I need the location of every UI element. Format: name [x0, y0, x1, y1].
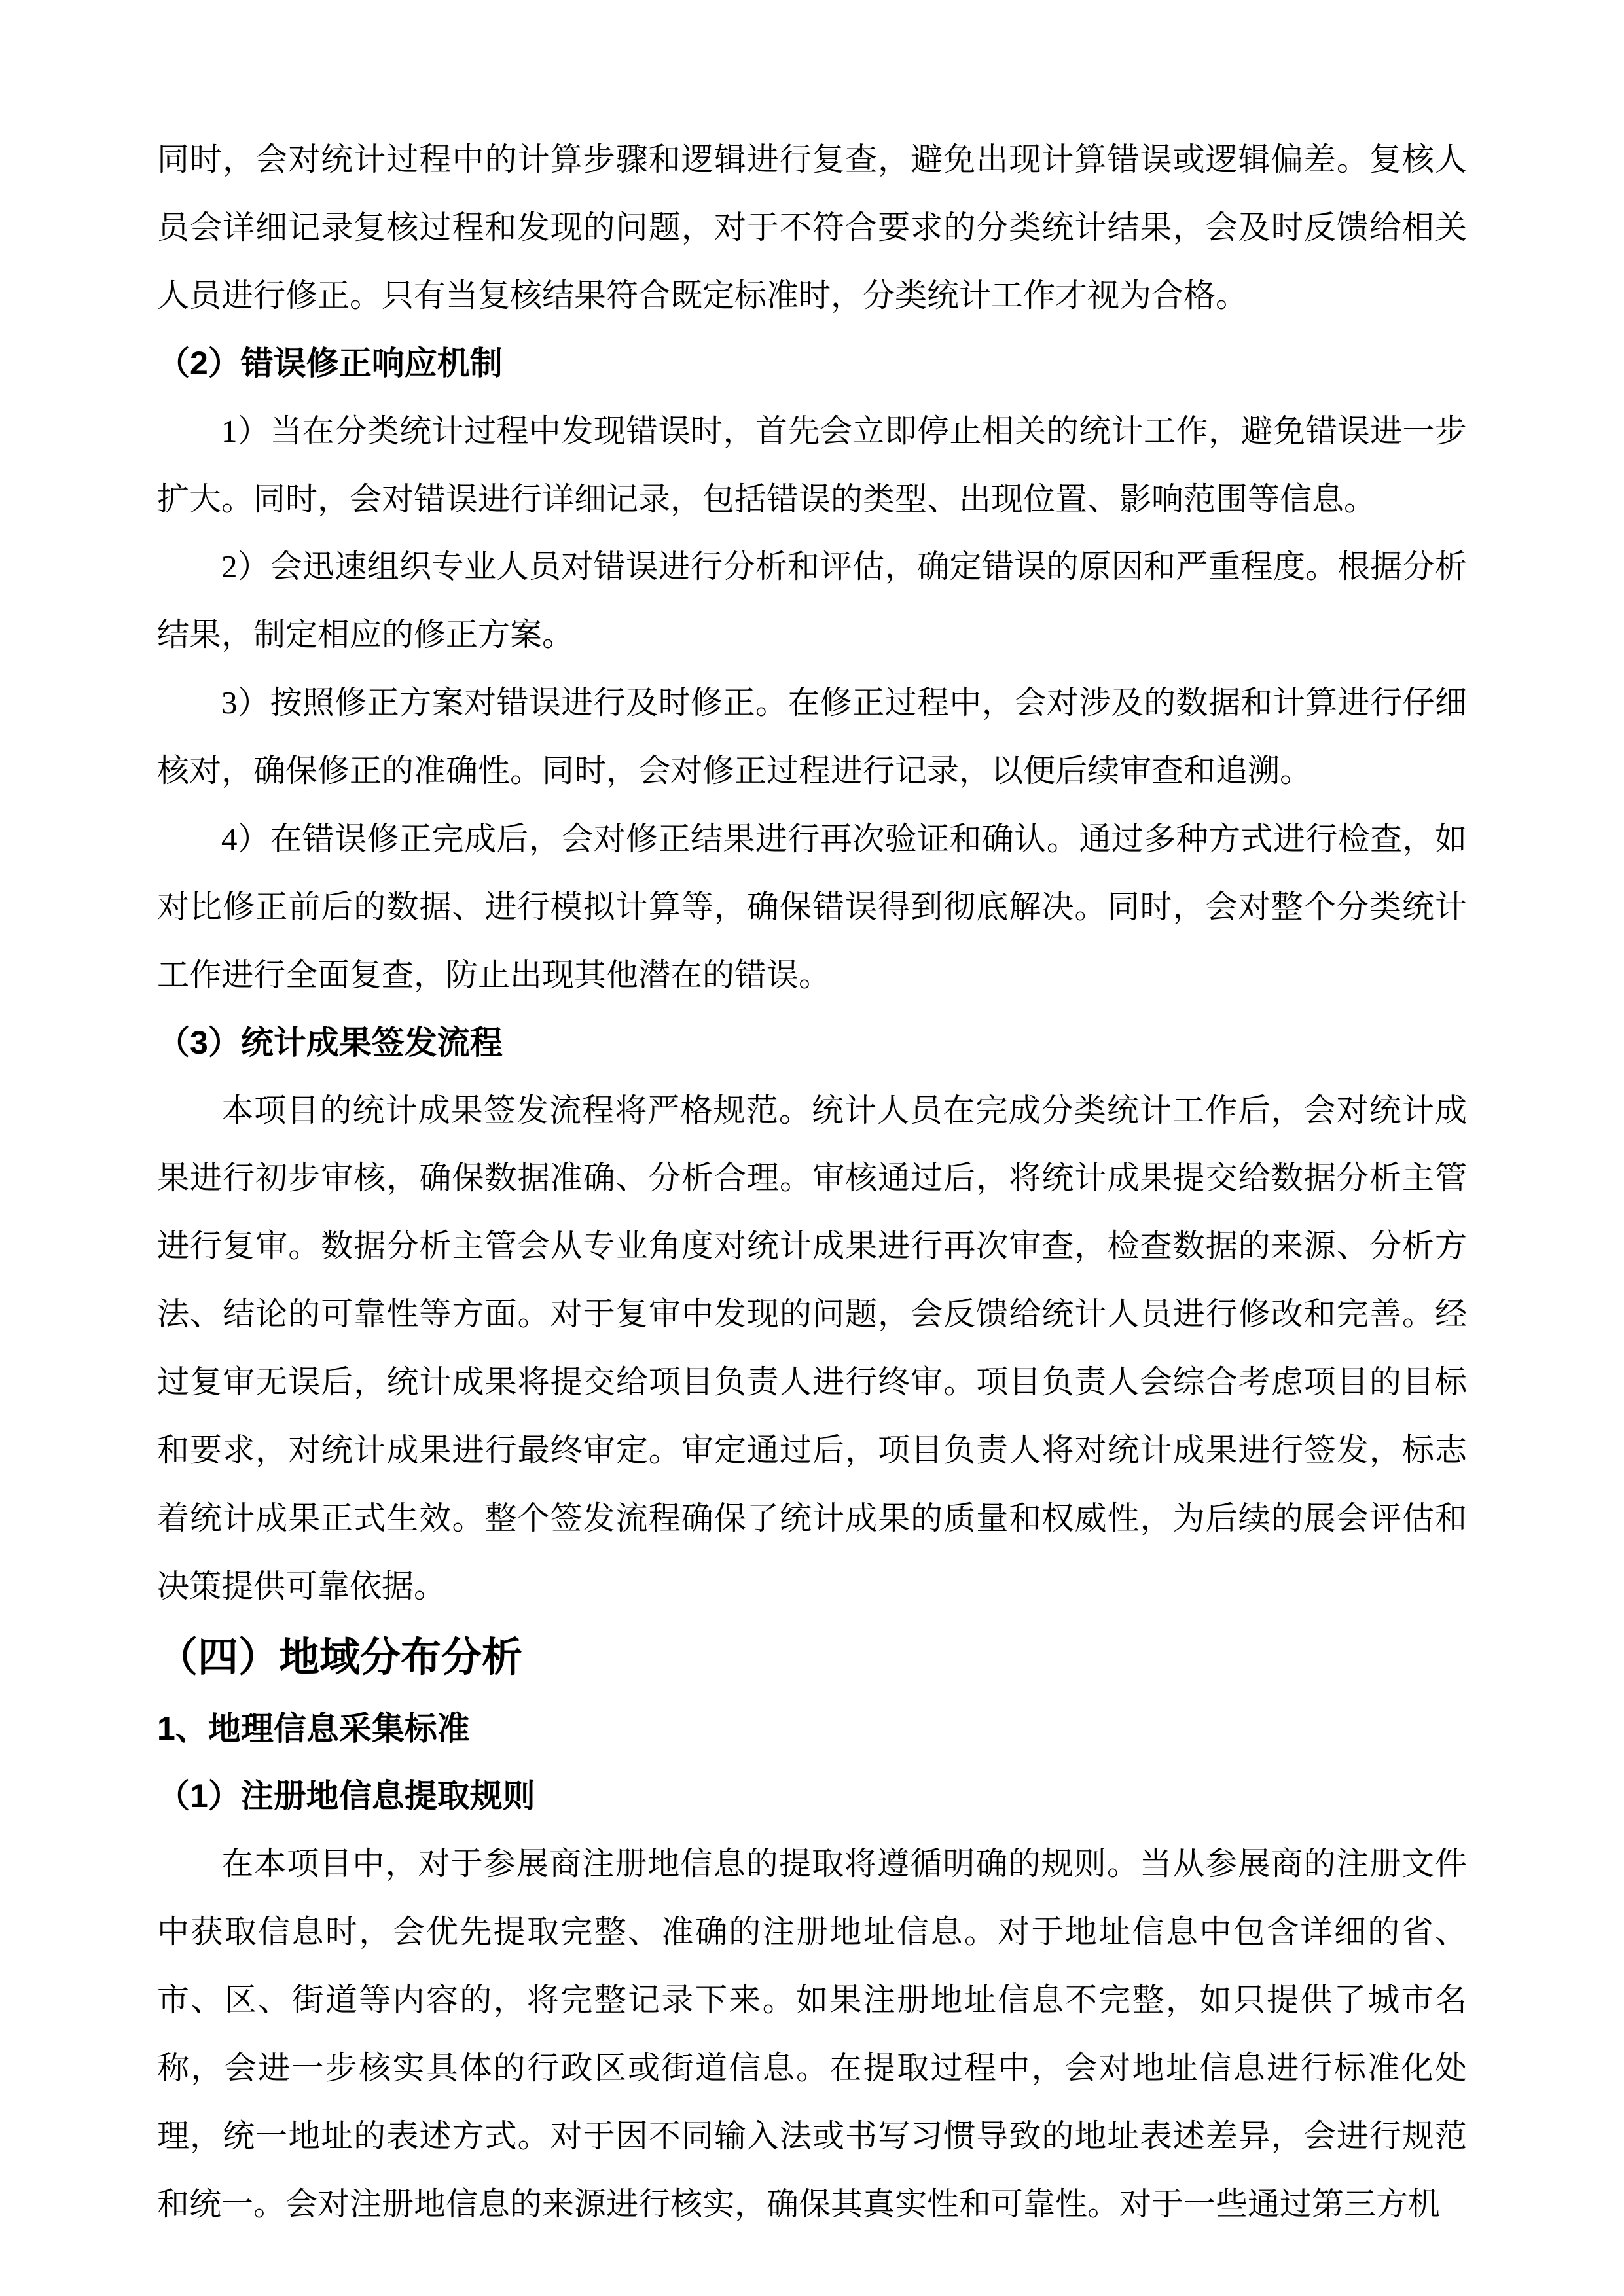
paragraph-review-continuation: 同时，会对统计过程中的计算步骤和逻辑进行复查，避免出现计算错误或逻辑偏差。复核人…: [157, 126, 1467, 330]
list-item-2: 2）会迅速组织专业人员对错误进行分析和评估，确定错误的原因和严重程度。根据分析结…: [157, 533, 1467, 669]
heading-region-distribution-analysis: （四）地域分布分析: [157, 1621, 1467, 1696]
list-item-3: 3）按照修正方案对错误进行及时修正。在修正过程中，会对涉及的数据和计算进行仔细核…: [157, 669, 1467, 805]
heading-signoff-process: （3）统计成果签发流程: [157, 1009, 1467, 1077]
heading-registration-info-extraction-rules: （1）注册地信息提取规则: [157, 1763, 1467, 1830]
heading-geo-info-collection-standard: 1、地理信息采集标准: [157, 1695, 1467, 1763]
list-item-4: 4）在错误修正完成后，会对修正结果进行再次验证和确认。通过多种方式进行检查，如对…: [157, 805, 1467, 1009]
heading-error-correction-mechanism: （2）错误修正响应机制: [157, 330, 1467, 397]
list-item-1: 1）当在分类统计过程中发现错误时，首先会立即停止相关的统计工作，避免错误进一步扩…: [157, 397, 1467, 533]
document-page: 同时，会对统计过程中的计算步骤和逻辑进行复查，避免出现计算错误或逻辑偏差。复核人…: [0, 0, 1624, 2296]
paragraph-registration-info-extraction: 在本项目中，对于参展商注册地信息的提取将遵循明确的规则。当从参展商的注册文件中获…: [157, 1830, 1467, 2238]
paragraph-signoff-process: 本项目的统计成果签发流程将严格规范。统计人员在完成分类统计工作后，会对统计成果进…: [157, 1077, 1467, 1621]
